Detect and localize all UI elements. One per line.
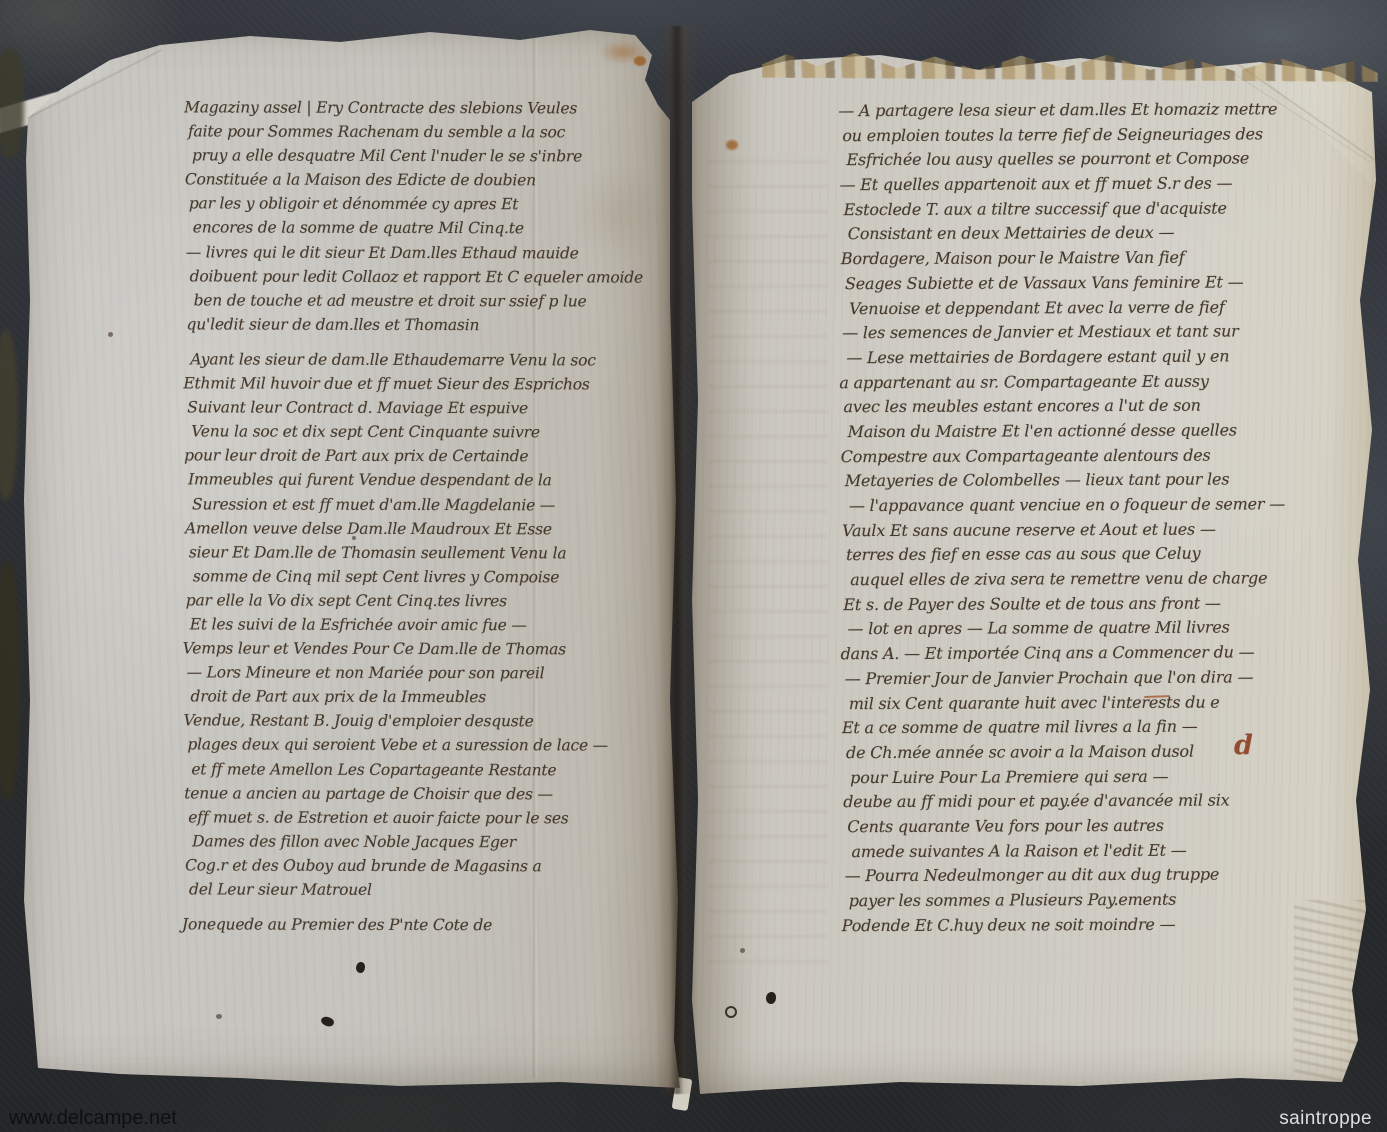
rust-stain [726, 140, 738, 150]
paper-speck [216, 1014, 222, 1019]
manuscript-line: pour leur droit de Part aux prix de Cert… [184, 444, 688, 469]
manuscript-line: Venuoise et deppendant Et avec la verre … [849, 294, 1379, 321]
manuscript-line: — livres qui le dit sieur Et Dam.lles Et… [186, 240, 689, 265]
red-ink-letter: d [1234, 730, 1253, 761]
manuscript-line: par elle la Vo dix sept Cent Cinq.tes li… [186, 588, 688, 613]
manuscript-line: ou emploien toutes la terre fief de Seig… [842, 122, 1378, 149]
manuscript-line: Estoclede T. aux a tiltre successif que … [844, 196, 1379, 223]
manuscript-line: terres des fief en esse cas au sous que … [846, 541, 1380, 568]
manuscript-line: droit de Part aux prix de la Immeubles [191, 685, 688, 710]
manuscript-line: Vendue, Restant B. Jouig d'emploier desq… [183, 709, 687, 734]
moss-patch [0, 330, 18, 500]
manuscript-line: Constituée a la Maison des Edicte de dou… [185, 168, 689, 193]
manuscript-line: Seages Subiette et de Vassaux Vans femin… [845, 270, 1379, 297]
manuscript-line: amede suivantes A la Raison et l'edit Et… [851, 837, 1381, 864]
manuscript-line: deube au ff midi pour et pay.ée d'avancé… [843, 788, 1381, 815]
watermark-saintroppe: saintroppe [1279, 1108, 1372, 1130]
manuscript-line: Vemps leur et Vendes Pour Ce Dam.lle de … [183, 636, 688, 661]
manuscript-line: — Lese mettairies de Bordagere estant qu… [846, 344, 1379, 371]
manuscript-line: Immeubles qui furent Vendue despendant d… [188, 468, 688, 493]
bleedthrough-margin [708, 160, 828, 980]
manuscript-line: Maison du Maistre Et l'en actionné desse… [848, 418, 1380, 445]
manuscript-line: Ethmit Mil huvoir due et ff muet Sieur d… [183, 371, 688, 396]
manuscript-line: Cog.r et des Ouboy aud brunde de Magasin… [185, 853, 687, 878]
ink-ring-blot [725, 1006, 737, 1018]
manuscript-line: avec les meubles estant encores a l'ut d… [843, 393, 1379, 420]
ink-blot [320, 1015, 336, 1029]
manuscript-line: auquel elles de ziva sera te remettre ve… [850, 566, 1380, 593]
manuscript-line: — Lors Mineure et non Mariée pour son pa… [187, 660, 688, 685]
manuscript-line: — lot en apres — La somme de quatre Mil … [847, 615, 1380, 642]
manuscript-paragraph: Ayant les sieur de dam.lle Ethaudemarre … [187, 347, 688, 902]
right-page-text: — A partagere lesa sieur et dam.lles Et … [843, 97, 1382, 939]
manuscript-line: encores de la somme de quatre Mil Cinq.t… [193, 216, 689, 241]
fold-highlight [20, 36, 170, 126]
paper-speck [740, 948, 745, 953]
manuscript-line: Jonequede au Premier des P'nte Cote de [182, 912, 687, 937]
manuscript-line: faite pour Sommes Rachenam du semble a l… [188, 119, 689, 144]
manuscript-line: Bordagere, Maison pour le Maistre Van fi… [841, 245, 1379, 272]
moss-patch [0, 48, 24, 158]
manuscript-line: pruy a elle desquatre Mil Cent l'nuder l… [192, 144, 689, 169]
manuscript-line: Vaulx Et sans aucune reserve et Aout et … [842, 517, 1380, 544]
manuscript-line: — l'appavance quant venciue en o foqueur… [849, 492, 1380, 519]
manuscript-line: Ayant les sieur de dam.lle Ethaudemarre … [190, 347, 688, 372]
manuscript-line: — Premier Jour de Janvier Prochain que l… [845, 665, 1381, 692]
manuscript-line: eff muet s. de Estretion et auoir faicte… [188, 805, 687, 830]
manuscript-line: somme de Cinq mil sept Cent livres y Com… [193, 564, 688, 589]
manuscript-line: — les semences de Janvier et Mestiaux et… [842, 319, 1379, 346]
manuscript-line: Metayeries de Colombelles — lieux tant p… [845, 467, 1380, 494]
manuscript-line: Esfrichée lou ausy quelles se pourront e… [846, 146, 1378, 173]
manuscript-line: Et a ce somme de quatre mil livres a la … [842, 714, 1381, 741]
photo-of-manuscript: Magaziny assel | Ery Contracte des slebi… [0, 0, 1387, 1132]
manuscript-line: — Et quelles appartenoit aux et ff muet … [839, 171, 1378, 198]
manuscript-line: mil six Cent quarante huit avec l'intere… [849, 689, 1381, 716]
manuscript-line: par les y obligoir et dénommée cy apres … [189, 192, 689, 217]
paper-speck [108, 332, 113, 337]
moss-patch [0, 560, 20, 800]
manuscript-line: — A partagere lesa sieur et dam.lles Et … [838, 97, 1378, 124]
manuscript-line: Venu la soc et dix sept Cent Cinquante s… [191, 420, 688, 445]
manuscript-left-page: Magaziny assel | Ery Contracte des slebi… [20, 18, 686, 1090]
manuscript-line: Et s. de Payer des Soulte et de tous ans… [843, 591, 1380, 618]
manuscript-line: Suression et est ff muet d'am.lle Magdel… [192, 492, 688, 517]
manuscript-line: Amellon veuve delse Dam.lle Maudroux Et … [185, 516, 688, 541]
manuscript-line: payer les sommes a Plusieurs Pay.ements [849, 887, 1382, 914]
manuscript-line: plages deux qui seroient Vebe et a sures… [187, 733, 687, 758]
manuscript-line: sieur Et Dam.lle de Thomasin seullement … [189, 540, 688, 565]
ink-blot [766, 992, 776, 1004]
manuscript-line: qu'ledit sieur de dam.lles et Thomasin [186, 312, 688, 337]
manuscript-line: Consistant en deux Mettairies de deux — [848, 220, 1379, 247]
manuscript-line: tenue a ancien au partage de Choisir que… [184, 781, 687, 806]
manuscript-line: dans A. — Et importée Cinq ans a Commenc… [841, 640, 1381, 667]
ink-blot [356, 962, 365, 973]
manuscript-line: del Leur sieur Matrouel [189, 877, 687, 902]
manuscript-line: et ff mete Amellon Les Copartageante Res… [191, 757, 687, 782]
left-page-text: Magaziny assel | Ery Contracte des slebi… [187, 95, 689, 948]
manuscript-line: doibuent pour ledit Collaoz et rapport E… [190, 264, 689, 289]
manuscript-line: Magaziny assel | Ery Contracte des slebi… [184, 95, 689, 120]
manuscript-line: de Ch.mée année sc avoir a la Maison dus… [846, 739, 1381, 766]
manuscript-line: pour Luire Pour La Premiere qui sera — [850, 763, 1381, 790]
manuscript-line: — Pourra Nedeulmonger au dit aux dug tru… [845, 862, 1382, 889]
manuscript-line: Et les suivi de la Esfrichée avoir amic … [190, 612, 688, 637]
manuscript-paragraph: Jonequede au Premier des P'nte Cote de [187, 912, 687, 937]
manuscript-line: Podende Et C.huy deux ne soit moindre — [842, 912, 1382, 939]
fold-crease [26, 49, 162, 120]
manuscript-line: ben de touche et ad meustre et droit sur… [194, 288, 689, 313]
manuscript-right-page: d — A partagere lesa sieur et dam.lles E… [678, 20, 1386, 1098]
manuscript-line: Compestre aux Compartageante alentours d… [841, 442, 1380, 469]
manuscript-line: Cents quarante Veu fors pour les autres [847, 813, 1381, 840]
watermark-delcampe: www.delcampe.net [9, 1107, 177, 1130]
manuscript-paragraph: — A partagere lesa sieur et dam.lles Et … [843, 97, 1382, 939]
manuscript-line: Suivant leur Contract d. Maviage Et espu… [187, 395, 688, 420]
manuscript-paragraph: Magaziny assel | Ery Contracte des slebi… [188, 95, 689, 337]
manuscript-line: a appartenant au sr. Compartageante Et a… [839, 368, 1379, 395]
manuscript-line: Dames des fillon avec Noble Jacques Eger [192, 829, 687, 854]
